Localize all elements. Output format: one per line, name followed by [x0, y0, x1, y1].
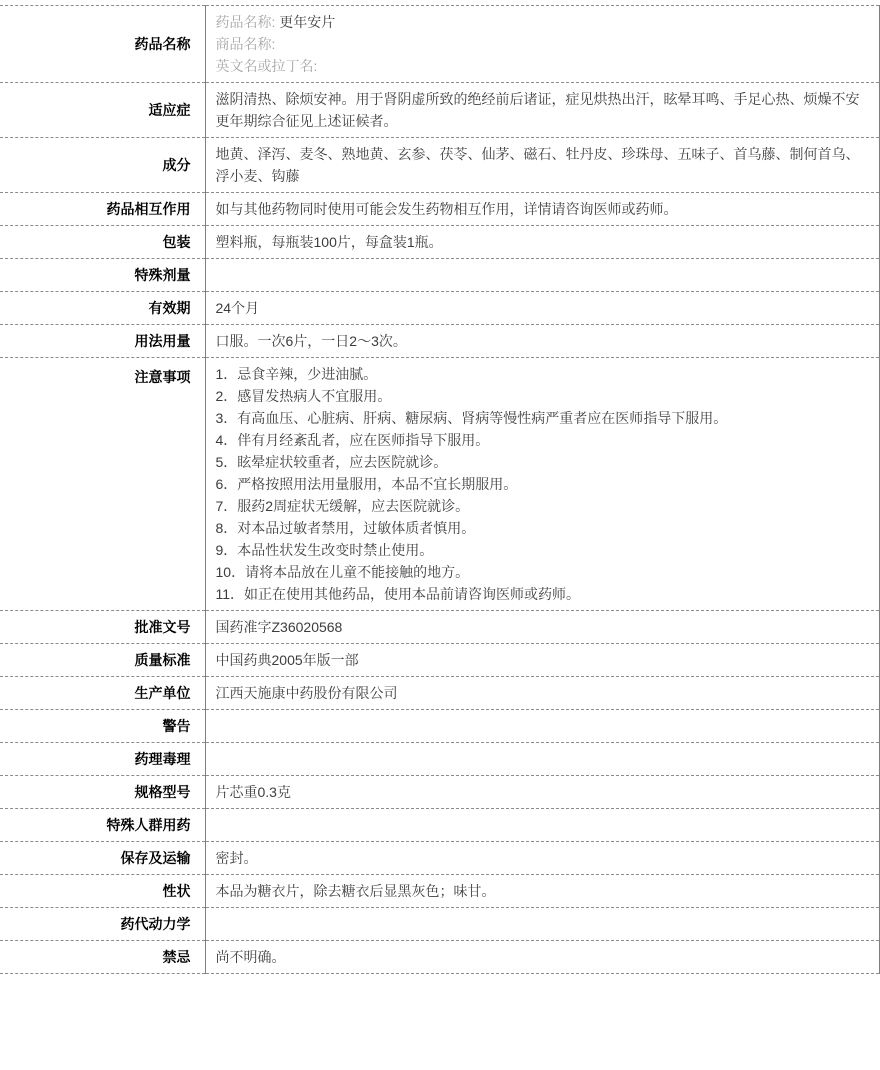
row-label: 有效期	[0, 292, 205, 325]
row-value-text: 国药准字Z36020568	[216, 619, 343, 635]
notice-item: 1．忌食辛辣，少进油腻。	[216, 363, 866, 385]
row-value: 口服。一次6片，一日2～3次。	[205, 325, 880, 358]
row-value: 中国药典2005年版一部	[205, 644, 880, 677]
row-label: 药理毒理	[0, 743, 205, 776]
notice-item: 7．服药2周症状无缓解，应去医院就诊。	[216, 495, 866, 517]
table-row: 批准文号国药准字Z36020568	[0, 611, 880, 644]
row-value: 本品为糖衣片，除去糖衣后显黑灰色；味甘。	[205, 875, 880, 908]
notice-item: 8．对本品过敏者禁用，过敏体质者慎用。	[216, 517, 866, 539]
row-value	[205, 908, 880, 941]
table-row: 特殊人群用药	[0, 809, 880, 842]
row-label: 包装	[0, 226, 205, 259]
row-label: 性状	[0, 875, 205, 908]
row-label: 规格型号	[0, 776, 205, 809]
drug-info-page: 药品名称药品名称: 更年安片商品名称:英文名或拉丁名:适应症滋阴清热、除烦安神。…	[0, 0, 880, 974]
row-value-text: 片芯重0.3克	[216, 784, 291, 800]
table-row: 保存及运输密封。	[0, 842, 880, 875]
row-value-text: 尚不明确。	[216, 949, 286, 965]
row-value: 江西天施康中药股份有限公司	[205, 677, 880, 710]
row-value: 塑料瓶，每瓶装100片，每盒装1瓶。	[205, 226, 880, 259]
notice-item: 10．请将本品放在儿童不能接触的地方。	[216, 561, 866, 583]
table-row: 用法用量口服。一次6片，一日2～3次。	[0, 325, 880, 358]
field-key: 药品名称:	[216, 14, 276, 30]
row-value-text: 江西天施康中药股份有限公司	[216, 685, 398, 701]
row-value	[205, 809, 880, 842]
field-key: 英文名或拉丁名:	[216, 58, 318, 74]
row-value: 24个月	[205, 292, 880, 325]
table-row: 规格型号片芯重0.3克	[0, 776, 880, 809]
notice-item: 2．感冒发热病人不宜服用。	[216, 385, 866, 407]
table-row: 药品相互作用如与其他药物同时使用可能会发生药物相互作用，详情请咨询医师或药师。	[0, 193, 880, 226]
table-row: 药代动力学	[0, 908, 880, 941]
row-label: 特殊剂量	[0, 259, 205, 292]
drug-info-table: 药品名称药品名称: 更年安片商品名称:英文名或拉丁名:适应症滋阴清热、除烦安神。…	[0, 5, 880, 974]
row-value: 尚不明确。	[205, 941, 880, 974]
row-value: 片芯重0.3克	[205, 776, 880, 809]
row-label: 药品相互作用	[0, 193, 205, 226]
row-value-text: 本品为糖衣片，除去糖衣后显黑灰色；味甘。	[216, 883, 496, 899]
table-row: 性状本品为糖衣片，除去糖衣后显黑灰色；味甘。	[0, 875, 880, 908]
row-label: 适应症	[0, 83, 205, 138]
drug-name-line: 药品名称: 更年安片	[216, 11, 866, 33]
field-key: 商品名称:	[216, 36, 276, 52]
table-row: 药品名称药品名称: 更年安片商品名称:英文名或拉丁名:	[0, 6, 880, 83]
row-value	[205, 743, 880, 776]
row-value: 地黄、泽泻、麦冬、熟地黄、玄参、茯苓、仙茅、磁石、牡丹皮、珍珠母、五味子、首乌藤…	[205, 138, 880, 193]
row-value	[205, 710, 880, 743]
table-row: 成分地黄、泽泻、麦冬、熟地黄、玄参、茯苓、仙茅、磁石、牡丹皮、珍珠母、五味子、首…	[0, 138, 880, 193]
row-value-text: 口服。一次6片，一日2～3次。	[216, 333, 407, 349]
notice-item: 11．如正在使用其他药品，使用本品前请咨询医师或药师。	[216, 583, 866, 605]
row-label: 警告	[0, 710, 205, 743]
row-value: 1．忌食辛辣，少进油腻。2．感冒发热病人不宜服用。3．有高血压、心脏病、肝病、糖…	[205, 358, 880, 611]
row-label: 特殊人群用药	[0, 809, 205, 842]
row-value: 国药准字Z36020568	[205, 611, 880, 644]
table-row: 适应症滋阴清热、除烦安神。用于肾阴虚所致的绝经前后诸证，症见烘热出汗，眩晕耳鸣、…	[0, 83, 880, 138]
row-value-text: 密封。	[216, 850, 258, 866]
table-row: 警告	[0, 710, 880, 743]
row-label: 生产单位	[0, 677, 205, 710]
table-row: 注意事项1．忌食辛辣，少进油腻。2．感冒发热病人不宜服用。3．有高血压、心脏病、…	[0, 358, 880, 611]
drug-name-line: 英文名或拉丁名:	[216, 55, 866, 77]
notice-item: 5．眩晕症状较重者，应去医院就诊。	[216, 451, 866, 473]
row-label: 成分	[0, 138, 205, 193]
table-row: 药理毒理	[0, 743, 880, 776]
row-value-text: 滋阴清热、除烦安神。用于肾阴虚所致的绝经前后诸证，症见烘热出汗，眩晕耳鸣、手足心…	[216, 91, 860, 129]
row-value	[205, 259, 880, 292]
row-value: 药品名称: 更年安片商品名称:英文名或拉丁名:	[205, 6, 880, 83]
row-value-text: 如与其他药物同时使用可能会发生药物相互作用，详情请咨询医师或药师。	[216, 201, 678, 217]
notice-item: 4．伴有月经紊乱者，应在医师指导下服用。	[216, 429, 866, 451]
drug-info-table-body: 药品名称药品名称: 更年安片商品名称:英文名或拉丁名:适应症滋阴清热、除烦安神。…	[0, 6, 880, 974]
row-label: 药品名称	[0, 6, 205, 83]
row-label: 药代动力学	[0, 908, 205, 941]
table-row: 质量标准中国药典2005年版一部	[0, 644, 880, 677]
row-label: 注意事项	[0, 358, 205, 611]
table-row: 禁忌尚不明确。	[0, 941, 880, 974]
row-label: 禁忌	[0, 941, 205, 974]
table-row: 特殊剂量	[0, 259, 880, 292]
row-label: 质量标准	[0, 644, 205, 677]
row-label: 保存及运输	[0, 842, 205, 875]
field-value: 更年安片	[275, 14, 335, 30]
row-value-text: 中国药典2005年版一部	[216, 652, 359, 668]
row-label: 用法用量	[0, 325, 205, 358]
row-value-text: 塑料瓶，每瓶装100片，每盒装1瓶。	[216, 234, 443, 250]
row-value-text: 24个月	[216, 300, 260, 316]
table-row: 生产单位江西天施康中药股份有限公司	[0, 677, 880, 710]
row-value: 密封。	[205, 842, 880, 875]
drug-name-line: 商品名称:	[216, 33, 866, 55]
row-label: 批准文号	[0, 611, 205, 644]
table-row: 有效期24个月	[0, 292, 880, 325]
notice-item: 9．本品性状发生改变时禁止使用。	[216, 539, 866, 561]
notice-item: 3．有高血压、心脏病、肝病、糖尿病、肾病等慢性病严重者应在医师指导下服用。	[216, 407, 866, 429]
row-value: 如与其他药物同时使用可能会发生药物相互作用，详情请咨询医师或药师。	[205, 193, 880, 226]
row-value-text: 地黄、泽泻、麦冬、熟地黄、玄参、茯苓、仙茅、磁石、牡丹皮、珍珠母、五味子、首乌藤…	[216, 146, 860, 184]
row-value: 滋阴清热、除烦安神。用于肾阴虚所致的绝经前后诸证，症见烘热出汗，眩晕耳鸣、手足心…	[205, 83, 880, 138]
table-row: 包装塑料瓶，每瓶装100片，每盒装1瓶。	[0, 226, 880, 259]
notice-item: 6．严格按照用法用量服用，本品不宜长期服用。	[216, 473, 866, 495]
